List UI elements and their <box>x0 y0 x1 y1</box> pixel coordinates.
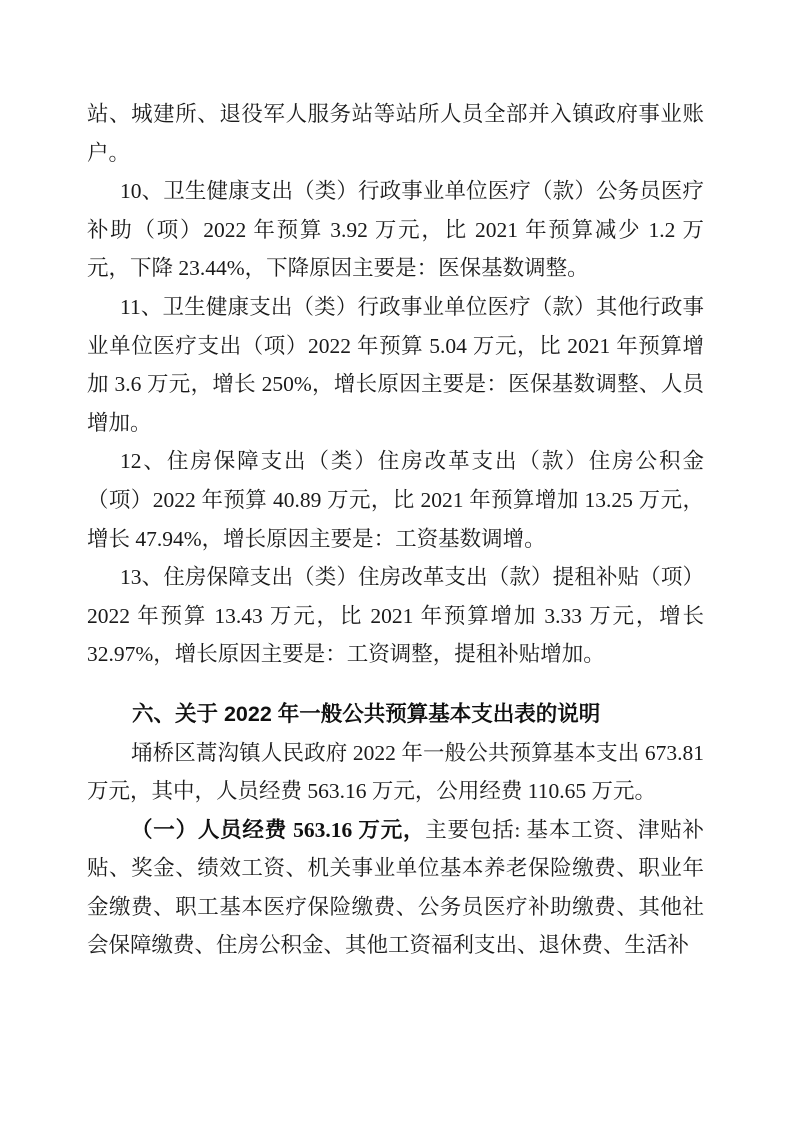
paragraph-personnel-expense: （一）人员经费 563.16 万元，主要包括: 基本工资、津贴补贴、奖金、绩效工… <box>87 811 704 965</box>
document-page: 站、城建所、退役军人服务站等站所人员全部并入镇政府事业账户。 10、卫生健康支出… <box>0 0 793 1122</box>
paragraph-item-13-rent-subsidy: 13、住房保障支出（类）住房改革支出（款）提租补贴（项）2022 年预算 13.… <box>87 558 704 674</box>
section-heading-six-basic-expenditure: 六、关于 2022 年一般公共预算基本支出表的说明 <box>87 695 704 734</box>
paragraph-item-11-health-other-admin-medical: 11、卫生健康支出（类）行政事业单位医疗（款）其他行政事业单位医疗支出（项）20… <box>87 288 704 442</box>
document-body: 站、城建所、退役军人服务站等站所人员全部并入镇政府事业账户。 10、卫生健康支出… <box>87 95 704 965</box>
paragraph-item-10-health-civil-servant-medical: 10、卫生健康支出（类）行政事业单位医疗（款）公务员医疗补助（项）2022 年预… <box>87 172 704 288</box>
paragraph-item-12-housing-fund: 12、住房保障支出（类）住房改革支出（款）住房公积金（项）2022 年预算 40… <box>87 442 704 558</box>
paragraph-basic-expenditure-summary: 埇桥区蒿沟镇人民政府 2022 年一般公共预算基本支出 673.81 万元，其中… <box>87 734 704 811</box>
personnel-expense-bold-lead: （一）人员经费 563.16 万元， <box>131 818 425 842</box>
paragraph-station-staff-merge: 站、城建所、退役军人服务站等站所人员全部并入镇政府事业账户。 <box>87 95 704 172</box>
